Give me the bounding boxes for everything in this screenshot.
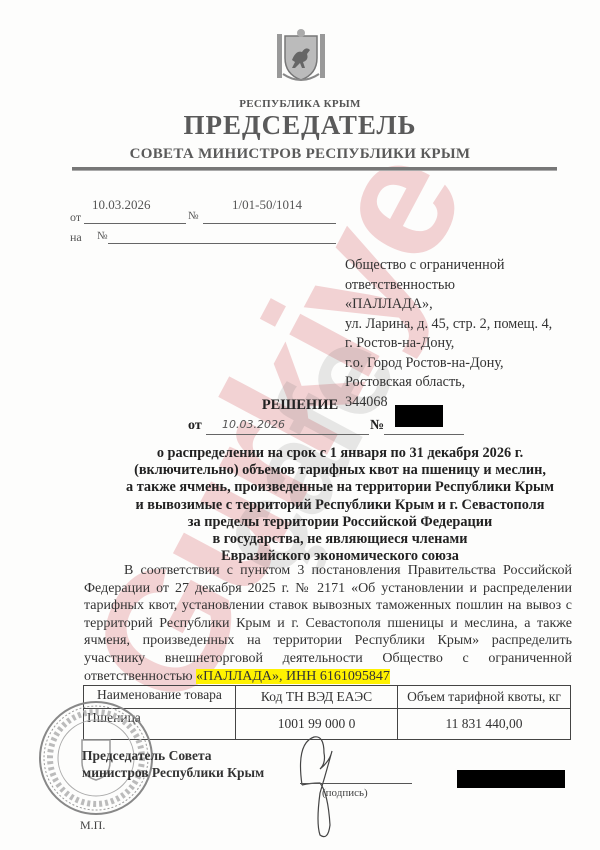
signature-line bbox=[300, 783, 412, 784]
outgoing-number: 1/01-50/1014 bbox=[232, 197, 302, 213]
addressee-line: «ПАЛЛАДА», bbox=[345, 295, 552, 315]
signatory-role-line: Председатель Совета bbox=[82, 747, 264, 764]
header-divider bbox=[72, 167, 557, 171]
table-header-row: Наименование товара Код ТН ВЭД ЕАЭС Объе… bbox=[84, 686, 571, 709]
signatory-role-line: министров Республики Крым bbox=[82, 764, 264, 781]
decision-date-underline bbox=[206, 434, 369, 435]
page-subtitle: СОВЕТА МИНИСТРОВ РЕСПУБЛИКИ КРЫМ bbox=[0, 146, 600, 163]
reply-label: на bbox=[70, 230, 82, 245]
signature-caption: (подпись) bbox=[322, 787, 368, 799]
addressee-line: г.о. Город Ростов-на-Дону, bbox=[345, 354, 552, 374]
number-underline bbox=[203, 223, 336, 224]
decision-number-underline bbox=[384, 434, 464, 435]
decision-body: В соответствии с пунктом 3 постановления… bbox=[84, 562, 572, 685]
body-text: В соответствии с пунктом 3 постановления… bbox=[84, 563, 572, 684]
subject-line: за пределы территории Российской Федерац… bbox=[90, 514, 590, 531]
signatory-role: Председатель Совета министров Республики… bbox=[82, 747, 264, 781]
from-label: от bbox=[70, 210, 81, 225]
outgoing-date: 10.03.2026 bbox=[92, 197, 151, 213]
decision-subject: о распределении на срок с 1 января по 31… bbox=[90, 445, 590, 565]
republic-label: РЕСПУБЛИКА КРЫМ bbox=[0, 98, 600, 110]
redacted-signatory-name bbox=[457, 770, 565, 788]
quota-table: Наименование товара Код ТН ВЭД ЕАЭС Объе… bbox=[83, 685, 571, 740]
subject-line: и вывозимые с территорий Республики Крым… bbox=[90, 497, 590, 514]
crimea-coat-of-arms-icon bbox=[275, 28, 327, 84]
page-title: ПРЕДСЕДАТЕЛЬ bbox=[0, 110, 600, 141]
decision-handwritten-date: 10.03.2026 bbox=[222, 418, 285, 431]
redacted-decision-number bbox=[395, 405, 443, 427]
reply-underline bbox=[108, 243, 336, 244]
decision-from-label: от bbox=[188, 418, 202, 434]
addressee-line: Общество с ограниченной bbox=[345, 256, 552, 276]
addressee-line: ул. Ларина, д. 45, стр. 2, помещ. 4, bbox=[345, 315, 552, 335]
addressee-block: Общество с ограниченной ответственностью… bbox=[345, 256, 552, 412]
subject-line: в государства, не являющиеся членами bbox=[90, 531, 590, 548]
number-label: № bbox=[188, 210, 199, 222]
date-underline bbox=[84, 223, 186, 224]
decision-number-label: № bbox=[370, 418, 384, 434]
col-header-volume: Объем тарифной квоты, кг bbox=[398, 686, 571, 709]
cell-volume: 11 831 440,00 bbox=[398, 709, 571, 740]
highlighted-company-inn: «ПАЛЛАДА», ИНН 6161095847 bbox=[196, 669, 390, 684]
addressee-line: ответственностью bbox=[345, 276, 552, 296]
subject-line: а также ячмень, произведенные на террито… bbox=[90, 479, 590, 496]
addressee-line: Ростовская область, bbox=[345, 373, 552, 393]
addressee-line: г. Ростов-на-Дону, bbox=[345, 334, 552, 354]
subject-line: (включительно) объемов тарифных квот на … bbox=[90, 462, 590, 479]
subject-line: о распределении на срок с 1 января по 31… bbox=[90, 445, 590, 462]
reply-number-label: № bbox=[97, 230, 108, 242]
stamp-label: М.П. bbox=[80, 818, 105, 833]
col-header-code: Код ТН ВЭД ЕАЭС bbox=[236, 686, 398, 709]
decision-title: РЕШЕНИЕ bbox=[0, 397, 600, 414]
